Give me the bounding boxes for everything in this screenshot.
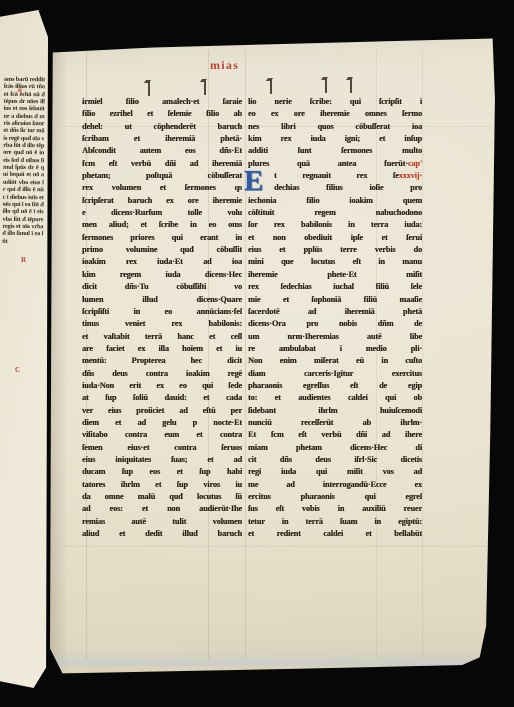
line-text: t regnauit rex ſe [274, 171, 399, 180]
text-line: ſcripſerat baruch ex ore iheremie [82, 195, 242, 207]
text-line: e dicens·Rurſum tolle volu [82, 207, 242, 219]
line-text: ſor rex babilonis in terra iuda: [248, 220, 422, 229]
line-text: tetur in terrā ſuam in egiptū: [248, 517, 422, 526]
manuscript-photo: ams barū reddit ſcās illius rū tño et fc… [0, 0, 514, 707]
line-text: viſitabo contra eum et contra [82, 430, 242, 439]
line-text: diem et ad gelu p nocte·Et [82, 418, 242, 427]
text-line: lio nerie ſcribe: qui ſcripſit ī [248, 96, 422, 108]
text-line: cōſtituit regem nabuchodono [248, 207, 422, 219]
text-line: eius iniquitates ſuas; et ad [82, 454, 242, 466]
text-line: additi ſunt ſermones multo [248, 145, 422, 157]
line-text: eius iniquitates ſuas; et ad [82, 455, 242, 464]
text-line: ſermones priores qui erant in [82, 232, 242, 244]
line-text: eius et pplūs terre verbis do [248, 245, 422, 254]
line-text: ſidebant ihrlm huiuſcemodi [248, 406, 422, 415]
line-text: tatores ihrlm et ſup viros iu [82, 480, 242, 489]
rubric-mark: q [18, 86, 22, 94]
text-line: et redient caldei et bellabūt [248, 528, 422, 540]
line-text: dicit dñs·Tu cōbuſſiſti vo [82, 282, 242, 291]
text-line: tinus veniet rex babilonis: [82, 318, 242, 330]
text-line: diam carceris·Igitur exercitus [248, 368, 422, 380]
line-text: diam carceris·Igitur exercitus [248, 369, 422, 378]
line-text: plures quā antea fuerūt· [248, 159, 408, 168]
text-line: lumen illud dicens·Quare [82, 294, 242, 306]
line-text: ercitus pharaonis qui egreſ [248, 492, 422, 501]
text-line: ſacerdotē ad iheremiā phetā [248, 306, 422, 318]
line-text: et vaſtabit terrā hanc et ceſſ [82, 332, 242, 341]
text-line: aliud et dedit illud baruch [82, 528, 242, 540]
line-text: fcm eſt verbū dñi ad iheremiā [82, 159, 242, 168]
text-line: tetur in terrā ſuam in egiptū: [248, 516, 422, 528]
text-line: eo ex ore iheremie omnes ſermo [248, 108, 422, 120]
text-line: miam phetam dicens·Hec di [248, 442, 422, 454]
line-text: cit dñs deus iſrl·Sic dicetis [248, 455, 422, 464]
line-text: ſcribam et iheremiā phetā· [82, 134, 242, 143]
text-line: ſidebant ihrlm huiuſcemodi [248, 405, 422, 417]
text-line: rex ſedechias iuchal filiū ſele [248, 281, 422, 293]
line-text: regi iuda qui miſit vos ad [248, 467, 422, 476]
text-line: iechonia filio ioakim quem [248, 195, 422, 207]
ruling-line-horizontal [62, 546, 490, 547]
line-text: iechonia filio ioakim quem [248, 196, 422, 205]
text-line: um nrm·Iheremias autē libe [248, 331, 422, 343]
line-text: da omne malū quđ locutus ſū [82, 492, 242, 501]
line-text: remias autē tulit volumen [82, 517, 242, 526]
text-line: diem et ad gelu p nocte·Et [82, 417, 242, 429]
text-column-right: lio nerie ſcribe: qui ſcripſit īeo ex or… [248, 96, 422, 540]
line-text: mini que locutus eſt in manu [248, 257, 422, 266]
line-text: mentū: Propterea hec dicit [82, 356, 242, 365]
text-line: filio ezrihel et ſelemie filio ab [82, 108, 242, 120]
text-line: da omne malū quđ locutus ſū [82, 491, 242, 503]
line-text: ſemen eius·et contra ſeruos [82, 443, 242, 452]
line-text: ioakim rex iuda·Et ad ioa [82, 257, 242, 266]
line-text: rex volumen et ſermones qs [82, 183, 242, 192]
text-line: to: et audientes caldei qui ob [248, 392, 422, 404]
line-text: ad eos: et non audierūt·Ihe [82, 504, 242, 513]
ruling-line-vertical [245, 50, 246, 660]
text-line: dechias filius ioſie pro [248, 182, 422, 194]
line-text: dehel: ut cōphenderēt baruch [82, 122, 242, 131]
ascender-stroke [148, 81, 150, 96]
line-text: ver eius proiiciet ad eſtū per [82, 406, 242, 415]
line-text: mie et ſophoniā filiū maaſie [248, 295, 422, 304]
text-line: ſemen eius·et contra ſeruos [82, 442, 242, 454]
text-line: dicit dñs·Tu cōbuſſiſti vo [82, 281, 242, 293]
text-line: re ambulabat ī medio pli· [248, 343, 422, 355]
line-text: primo volumine quđ cōbuſſit [82, 245, 242, 254]
line-text: e dicens·Rurſum tolle volu [82, 208, 242, 217]
text-line: ercitus pharaonis qui egreſ [248, 491, 422, 503]
line-text: lio nerie ſcribe: qui ſcripſit ī [248, 97, 422, 106]
text-line: nunciū receſſerūt ab ihrlm· [248, 417, 422, 429]
text-line: me ad interrogandū·Ecce ex [248, 479, 422, 491]
line-text: at ſup ſoliū dauid: et cada [82, 393, 242, 402]
line-text: aliud et dedit illud baruch [82, 529, 242, 538]
line-text: dechias filius ioſie pro [274, 183, 422, 192]
text-line: ioakim rex iuda·Et ad ioa [82, 256, 242, 268]
text-line: tatores ihrlm et ſup viros iu [82, 479, 242, 491]
text-line: eius et pplūs terre verbis do [248, 244, 422, 256]
line-text: iuda·Non erit ex eo qui ſede [82, 381, 242, 390]
line-text: dicens·Ora pro nobis dñm de [248, 319, 422, 328]
line-text: Abſcondit autem eos dñs·Et [82, 146, 242, 155]
text-line: pharaonis egreſſus eſt de egip [248, 380, 422, 392]
text-line: are faciet ex illa hoīem et iu [82, 343, 242, 355]
text-line: kim rex iuda igni; et inſup [248, 133, 422, 145]
rubric-mark: R [21, 256, 26, 264]
text-line: mini que locutus eſt in manu [248, 256, 422, 268]
text-line: ſcribam et iheremiā phetā· [82, 133, 242, 145]
text-line: plures quā antea fuerūt·cap' [248, 158, 422, 170]
text-line: phetam; poſtquā cōbuſſerat [82, 170, 242, 182]
text-line: nes libri quos cōbuſſerat ioa [248, 121, 422, 133]
text-line: ver eius proiiciet ad eſtū per [82, 405, 242, 417]
ascender-stroke [350, 78, 352, 93]
line-text: ſacerdotē ad iheremiā phetā [248, 307, 422, 316]
line-text: filio ezrihel et ſelemie filio ab [82, 109, 242, 118]
ruling-line-vertical [422, 50, 423, 660]
text-line: mie et ſophoniā filiū maaſie [248, 294, 422, 306]
text-line: iuda·Non erit ex eo qui ſede [82, 380, 242, 392]
text-line: cit dñs deus iſrl·Sic dicetis [248, 454, 422, 466]
rubric-mark: C [15, 366, 20, 374]
line-text: phetam; poſtquā cōbuſſerat [82, 171, 242, 180]
text-line: viſitabo contra eum et contra [82, 429, 242, 441]
line-text: et non obediuit ipſe et ſerui [248, 233, 422, 242]
line-text: ducam ſup eos et ſup habi [82, 467, 242, 476]
manuscript-page: mias irmiel filio amalech·et ſaraiefilio… [38, 34, 500, 674]
line-text: ſcripſerat baruch ex ore iheremie [82, 196, 242, 205]
text-line: ad eos: et non audierūt·Ihe [82, 503, 242, 515]
text-line: et vaſtabit terrā hanc et ceſſ [82, 331, 242, 343]
text-line: dehel: ut cōphenderēt baruch [82, 121, 242, 133]
illuminated-initial: E [244, 169, 268, 194]
line-text: nunciū receſſerūt ab ihrlm· [248, 418, 422, 427]
text-line: Abſcondit autem eos dñs·Et [82, 145, 242, 157]
line-text: tinus veniet rex babilonis: [82, 319, 242, 328]
line-text: re ambulabat ī medio pli· [248, 344, 422, 353]
rubric-text: xxxvij· [399, 171, 422, 180]
text-line: remias autē tulit volumen [82, 516, 242, 528]
line-text: kim rex iuda igni; et inſup [248, 134, 422, 143]
line-text: nes libri quos cōbuſſerat ioa [248, 122, 422, 131]
line-text: additi ſunt ſermones multo [248, 146, 422, 155]
line-text: me ad interrogandū·Ecce ex [248, 480, 422, 489]
text-line: dicens·Ora pro nobis dñm de [248, 318, 422, 330]
text-line: mentū: Propterea hec dicit [82, 355, 242, 367]
line-text: Et fcm eſt verbū dñi ad ihere [248, 430, 422, 439]
line-text: ſermones priores qui erant in [82, 233, 242, 242]
text-line: et non obediuit ipſe et ſerui [248, 232, 422, 244]
ascender-stroke [325, 78, 327, 93]
text-line: iheremie phete·Et miſit [248, 269, 422, 281]
line-text: miam phetam dicens·Hec di [248, 443, 422, 452]
text-column-left: irmiel filio amalech·et ſaraiefilio ezri… [82, 96, 242, 540]
line-text: rex ſedechias iuchal filiū ſele [248, 282, 422, 291]
line-text: men aliud; et ſcribe in eo oms [82, 220, 242, 229]
text-line: primo volumine quđ cōbuſſit [82, 244, 242, 256]
line-text: lumen illud dicens·Quare [82, 295, 242, 304]
line-text: ſcripſiſti in eo annūcians·feſ [82, 307, 242, 316]
text-line: dñs deus contra ioakim regē [82, 368, 242, 380]
rubric-text: cap' [408, 159, 422, 168]
line-text: Non enim miſerat eū in cuſto [248, 356, 422, 365]
text-line: regi iuda qui miſit vos ad [248, 466, 422, 478]
ascender-stroke [204, 80, 206, 95]
text-line: ſus eſt vobis in auxiliū reuer [248, 503, 422, 515]
text-line: ſor rex babilonis in terra iuda: [248, 219, 422, 231]
line-text: irmiel filio amalech·et ſaraie [82, 97, 242, 106]
line-text: to: et audientes caldei qui ob [248, 393, 422, 402]
running-header: mias [210, 58, 239, 73]
text-line: t regnauit rex ſexxxvij· [248, 170, 422, 182]
line-text: ſus eſt vobis in auxiliū reuer [248, 504, 422, 513]
line-text: kim regem iuda dicens·Hec [82, 270, 242, 279]
line-text: um nrm·Iheremias autē libe [248, 332, 422, 341]
text-line: men aliud; et ſcribe in eo oms [82, 219, 242, 231]
line-text: iheremie phete·Et miſit [248, 270, 422, 279]
line-text: et redient caldei et bellabūt [248, 529, 422, 538]
text-line: kim regem iuda dicens·Hec [82, 269, 242, 281]
text-line: Non enim miſerat eū in cuſto [248, 355, 422, 367]
ascender-stroke [270, 79, 272, 94]
line-text: pharaonis egreſſus eſt de egip [248, 381, 422, 390]
line-text: eo ex ore iheremie omnes ſermo [248, 109, 422, 118]
text-line: at ſup ſoliū dauid: et cada [82, 392, 242, 404]
line-text: are faciet ex illa hoīem et iu [82, 344, 242, 353]
text-line: fcm eſt verbū dñi ad iheremiā [82, 158, 242, 170]
text-line: Et fcm eſt verbū dñi ad ihere [248, 429, 422, 441]
page-curl-highlight [35, 12, 57, 684]
line-text: dñs deus contra ioakim regē [82, 369, 242, 378]
text-line: irmiel filio amalech·et ſaraie [82, 96, 242, 108]
text-line: ducam ſup eos et ſup habi [82, 466, 242, 478]
text-line: ſcripſiſti in eo annūcians·feſ [82, 306, 242, 318]
line-text: cōſtituit regem nabuchodono [248, 208, 422, 217]
text-line: rex volumen et ſermones qs [82, 182, 242, 194]
